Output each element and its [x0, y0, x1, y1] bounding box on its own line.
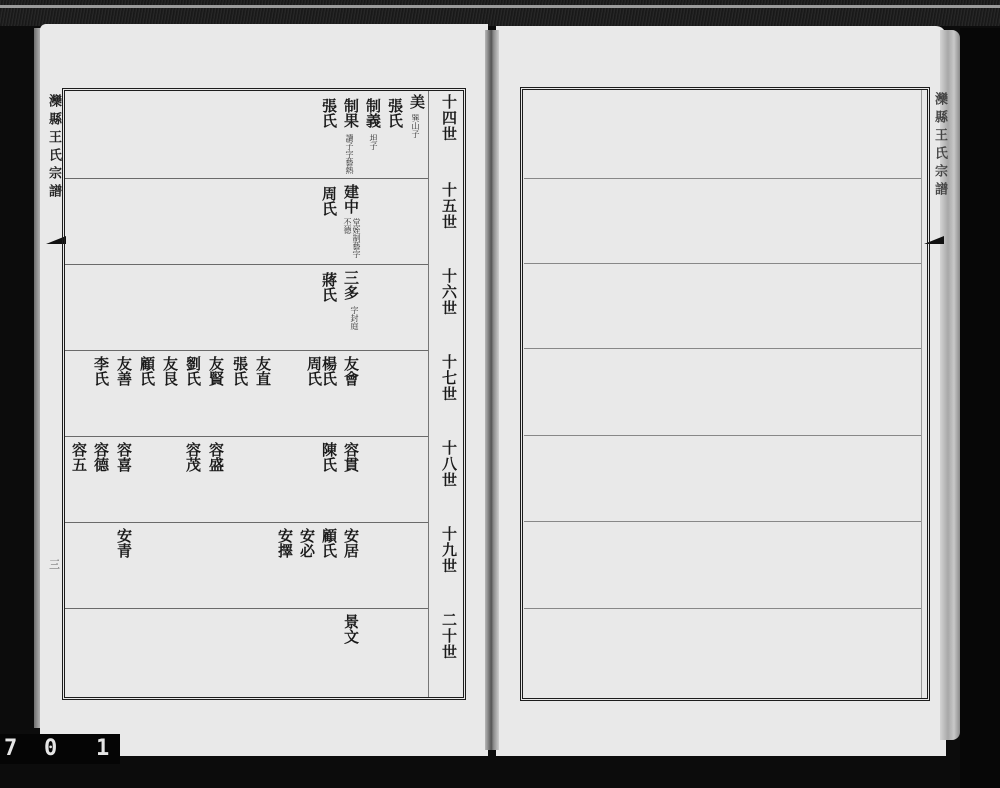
row-divider	[65, 264, 428, 265]
spouse-name: 蔣氏	[320, 272, 337, 302]
row-divider	[65, 350, 428, 351]
spouse-name: 陳氏	[320, 442, 337, 472]
person-name: 容喜	[115, 442, 132, 472]
spouse-name: 周氏	[320, 186, 337, 216]
person-name: 安必	[298, 528, 315, 558]
film-right-edge	[960, 28, 1000, 788]
film-top-edge	[0, 0, 1000, 26]
spouse-name: 周氏	[305, 356, 322, 386]
person-name: 安居	[342, 528, 359, 558]
row-divider	[524, 348, 922, 349]
person-name: 制果	[342, 98, 359, 128]
generation-label-20: 二十世	[430, 612, 458, 660]
spouse-name: 劉氏	[184, 356, 201, 386]
generation-label-18: 十八世	[430, 440, 458, 488]
person-name: 建中	[342, 184, 359, 214]
row-divider	[524, 435, 922, 436]
generation-label-15: 十五世	[430, 182, 458, 230]
film-frame-label: 7 0 1	[0, 734, 120, 764]
spouse-name: 李氏	[92, 356, 109, 386]
person-name: 友會	[342, 356, 359, 386]
person-name: 容五	[70, 442, 87, 472]
spouse-name: 張氏	[386, 98, 403, 128]
spouse-name: 張氏	[320, 98, 337, 128]
person-name: 制義	[364, 98, 381, 128]
generation-label-14: 十四世	[430, 94, 458, 142]
row-divider	[65, 178, 428, 179]
person-note: 字封庭	[350, 306, 359, 330]
row-divider	[524, 178, 922, 179]
person-name: 友賢	[207, 356, 224, 386]
person-name: 容盛	[207, 442, 224, 472]
person-name: 安擇	[276, 528, 293, 558]
book-gutter	[485, 30, 499, 750]
person-name: 美	[408, 94, 425, 109]
left-book-title: 灤縣王氏宗譜	[44, 94, 63, 202]
left-page-number: 三	[49, 556, 60, 572]
person-name: 容茂	[184, 442, 201, 472]
generation-label-17: 十七世	[430, 354, 458, 402]
person-note: 堂姪制藝字丕德	[343, 218, 361, 258]
row-divider	[65, 436, 428, 437]
person-name: 安青	[115, 528, 132, 558]
generation-label-19: 十九世	[430, 526, 458, 574]
person-name: 友艮	[161, 356, 178, 386]
person-name: 景文	[342, 614, 359, 644]
spouse-name: 張氏	[231, 356, 248, 386]
person-note: 坦子	[369, 134, 378, 150]
spouse-name: 顧氏	[138, 356, 155, 386]
person-name: 容德	[92, 442, 109, 472]
person-name: 容貫	[342, 442, 359, 472]
person-name: 友善	[115, 356, 132, 386]
right-column-divider	[921, 90, 922, 698]
row-divider	[524, 263, 922, 264]
spouse-name: 顧氏	[320, 528, 337, 558]
person-note: 巽山子	[411, 114, 420, 138]
row-divider	[524, 521, 922, 522]
person-name: 三多	[342, 270, 359, 300]
row-divider	[65, 522, 428, 523]
generation-label-16: 十六世	[430, 268, 458, 316]
row-divider	[65, 608, 428, 609]
row-divider	[524, 608, 922, 609]
right-book-title: 灤縣王氏宗譜	[930, 92, 949, 200]
generation-column-divider	[428, 91, 429, 697]
person-name: 友直	[254, 356, 271, 386]
person-note: 讀子字藝熱	[345, 134, 354, 174]
